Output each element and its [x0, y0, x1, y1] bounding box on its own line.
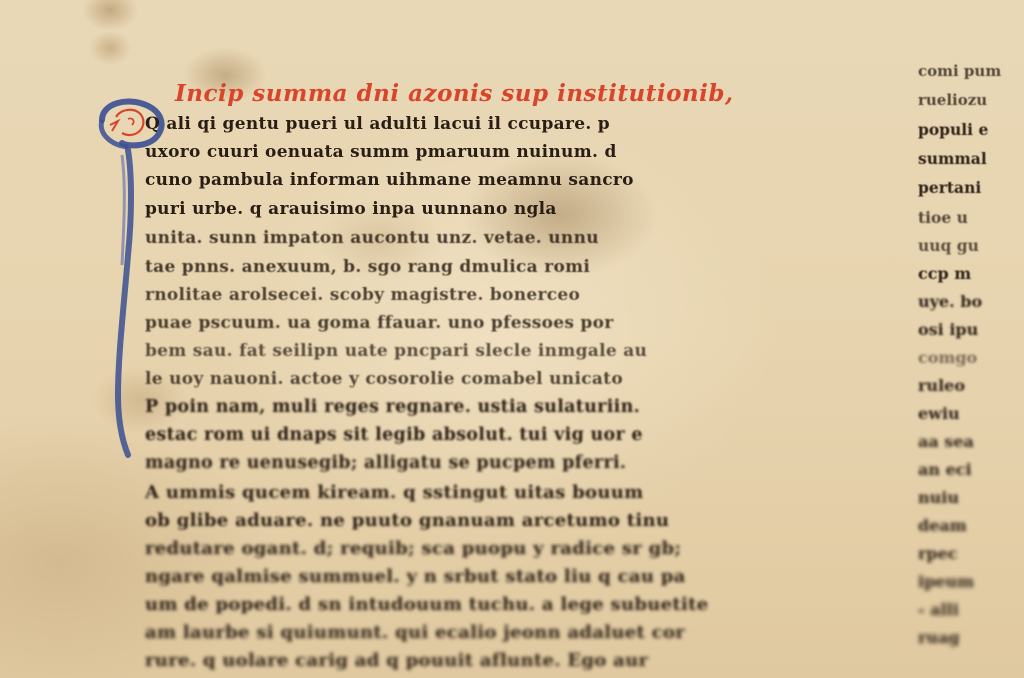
text-line: uye. bo: [918, 292, 982, 311]
text-line: P poin nam, muli reges regnare. ustia su…: [145, 397, 640, 417]
text-line: pertani: [918, 178, 981, 197]
text-line: uuq gu: [918, 236, 979, 255]
text-line: deam: [918, 516, 967, 535]
text-line: ob glibe aduare. ne puuto gnanuam arcetu…: [145, 510, 669, 531]
text-line: rpec: [918, 544, 958, 563]
text-line: unita. sunn impaton aucontu unz. vetae. …: [145, 228, 599, 248]
text-line: um de popedi. d sn intudouum tuchu. a le…: [145, 594, 709, 615]
text-line: uxoro cuuri oenuata summ pmaruum nuinum.…: [145, 142, 617, 162]
text-line: rnolitae arolsecei. scoby magistre. bone…: [145, 285, 580, 305]
rubric-heading: Incip summa dni azonis sup institutionib…: [175, 80, 733, 107]
text-line: le uoy nauoni. actoe y cosorolie comabel…: [145, 369, 623, 389]
text-line: comi pum: [918, 62, 1001, 80]
text-line: summal: [918, 149, 987, 168]
text-line: populi e: [918, 120, 988, 139]
text-line: nuiu: [918, 488, 959, 507]
text-line: bem sau. fat seilipn uate pncpari slecle…: [145, 341, 647, 361]
text-line: an eci: [918, 460, 972, 479]
text-line: ruleo: [918, 376, 965, 395]
text-line: ccp m: [918, 264, 971, 283]
text-line: ewiu: [918, 404, 960, 423]
text-line: puri urbe. q arauisimo inpa uunnano ngla: [145, 199, 557, 219]
text-line: am laurbe si quiumunt. qui ecalio jeonn …: [145, 622, 685, 643]
text-line: tioe u: [918, 208, 968, 227]
text-line: A ummis qucem kiream. q sstingut uitas b…: [145, 482, 643, 503]
text-line: tae pnns. anexuum, b. sgo rang dmulica r…: [145, 257, 590, 277]
text-line: ruag: [918, 628, 960, 647]
text-line: redutare ogant. d; requib; sca puopu y r…: [145, 538, 681, 559]
text-line: ngare qalmise summuel. y n srbut stato l…: [145, 566, 686, 587]
text-line: ipeum: [918, 572, 974, 591]
text-line: cuno pambula informan uihmane meamnu san…: [145, 170, 634, 190]
text-line: rure. q uolare carig ad q pouuit aflunte…: [145, 650, 648, 671]
text-line: puae pscuum. ua goma ffauar. uno pfessoe…: [145, 313, 614, 333]
text-line: rueliozu: [918, 91, 987, 109]
text-line: - alli: [918, 600, 959, 619]
text-line: comgo: [918, 348, 977, 367]
text-line: estac rom ui dnaps sit legib absolut. tu…: [145, 425, 643, 445]
text-line: aa sea: [918, 432, 974, 451]
text-line: Q ali qi gentu pueri ul adulti lacui il …: [145, 114, 610, 134]
text-line: magno re uenusegib; alligatu se pucpem p…: [145, 453, 626, 473]
text-line: osi ipu: [918, 320, 978, 339]
